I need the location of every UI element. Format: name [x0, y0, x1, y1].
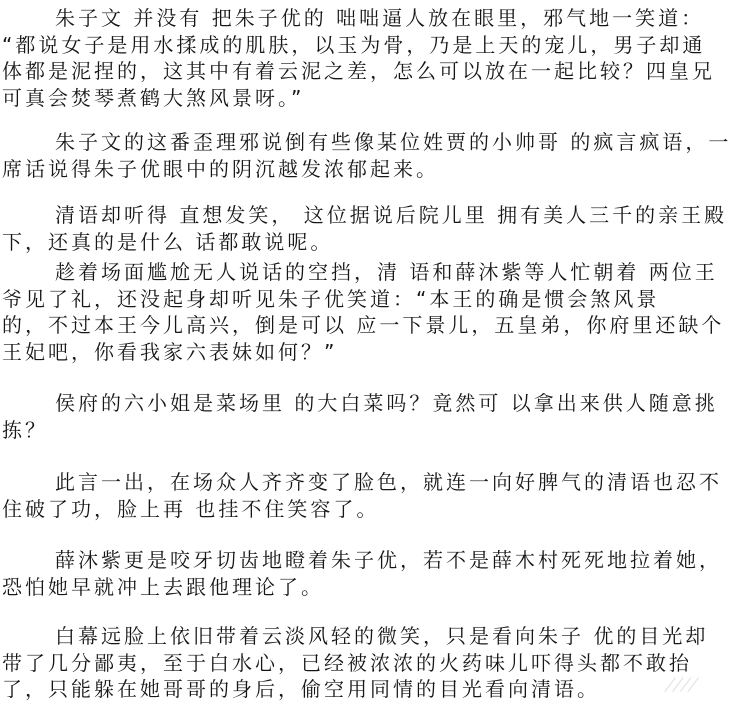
paragraph: 侯府的六小姐是菜场里 的大白菜吗？竟然可 以拿出来供人随意挑拣？	[2, 390, 714, 443]
text-line: 可真会焚琴煮鹤大煞风景呀。”	[2, 85, 714, 112]
text-line: 了，只能躲在她哥哥的身后，偷空用同情的目光看向清语。	[2, 676, 714, 703]
text-line: 朱子文 并没有 把朱子优的 咄咄逼人放在眼里，邪气地一笑道：	[2, 5, 714, 32]
paragraph: 朱子文的这番歪理邪说倒有些像某位姓贾的小帅哥 的疯言疯语，一席话说得朱子优眼中的…	[2, 129, 714, 182]
text-line: 朱子文的这番歪理邪说倒有些像某位姓贾的小帅哥 的疯言疯语，一	[2, 129, 714, 156]
text-line: 体都是泥捏的，这其中有着云泥之差，怎么可以放在一起比较？四皇兄	[2, 58, 714, 85]
text-line: 王妃吧，你看我家六表妹如何？”	[2, 339, 714, 366]
text-line: 清语却听得 直想发笑， 这位据说后院儿里 拥有美人三千的亲王殿	[2, 202, 714, 229]
paragraph: 趁着场面尴尬无人说话的空挡，清 语和薛沐紫等人忙朝着 两位王爷见了礼，还没起身却…	[2, 259, 714, 365]
paragraph: 清语却听得 直想发笑， 这位据说后院儿里 拥有美人三千的亲王殿下，还真的是什么 …	[2, 202, 714, 255]
text-line: 住破了功，脸上再 也挂不住笑容了。	[2, 496, 714, 523]
text-line: 拣？	[2, 417, 714, 444]
paragraph: 此言一出，在场众人齐齐变了脸色，就连一向好脾气的清语也忍不住破了功，脸上再 也挂…	[2, 469, 714, 522]
watermark: ////	[665, 675, 701, 695]
novel-text: 朱子文 并没有 把朱子优的 咄咄逼人放在眼里，邪气地一笑道：“都说女子是用水揉成…	[2, 5, 714, 703]
text-line: 席话说得朱子优眼中的阴沉越发浓郁起来。	[2, 156, 714, 183]
text-line: 下，还真的是什么 话都敢说呢。	[2, 229, 714, 256]
text-line: 带了几分鄙夷，至于白水心，已经被浓浓的火药味儿吓得头都不敢抬	[2, 650, 714, 677]
text-line: 爷见了礼，还没起身却听见朱子优笑道：“本王的确是惯会煞风景	[2, 286, 714, 313]
text-line: 的，不过本王今儿高兴，倒是可以 应一下景儿，五皇弟，你府里还缺个	[2, 312, 714, 339]
text-line: “都说女子是用水揉成的肌肤，以玉为骨，乃是上天的宠儿，男子却通	[2, 32, 714, 59]
text-line: 恐怕她早就冲上去跟他理论了。	[2, 574, 714, 601]
text-line: 白幕远脸上依旧带着云淡风轻的微笑，只是看向朱子 优的目光却	[2, 623, 714, 650]
paragraph: 白幕远脸上依旧带着云淡风轻的微笑，只是看向朱子 优的目光却带了几分鄙夷，至于白水…	[2, 623, 714, 703]
paragraph: 朱子文 并没有 把朱子优的 咄咄逼人放在眼里，邪气地一笑道：“都说女子是用水揉成…	[2, 5, 714, 111]
text-line: 薛沐紫更是咬牙切齿地瞪着朱子优，若不是薛木村死死地拉着她，	[2, 547, 714, 574]
text-line: 侯府的六小姐是菜场里 的大白菜吗？竟然可 以拿出来供人随意挑	[2, 390, 714, 417]
paragraph: 薛沐紫更是咬牙切齿地瞪着朱子优，若不是薛木村死死地拉着她，恐怕她早就冲上去跟他理…	[2, 547, 714, 600]
text-line: 趁着场面尴尬无人说话的空挡，清 语和薛沐紫等人忙朝着 两位王	[2, 259, 714, 286]
novel-page: 朱子文 并没有 把朱子优的 咄咄逼人放在眼里，邪气地一笑道：“都说女子是用水揉成…	[0, 0, 748, 705]
text-line: 此言一出，在场众人齐齐变了脸色，就连一向好脾气的清语也忍不	[2, 469, 714, 496]
